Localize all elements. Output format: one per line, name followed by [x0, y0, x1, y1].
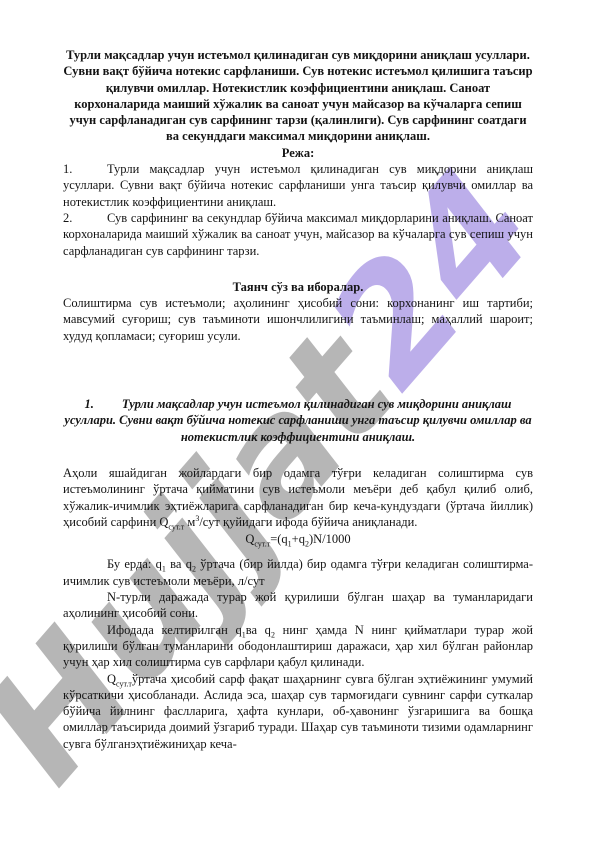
document-title: Турли мақсадлар учун истеъмол қилинадига…: [63, 47, 533, 145]
document-content: Турли мақсадлар учун истеъмол қилинадига…: [63, 47, 533, 752]
paragraph-values: Ифодада келтирилган q1ва q2 нинг ҳамда N…: [63, 622, 533, 671]
keywords-text: Солиштирма сув истеъмоли; аҳолининг ҳисо…: [63, 295, 533, 344]
section-1-number: 1.: [85, 397, 94, 411]
plan-item-2-text: Сув сарфининг ва секундлар бўйича максим…: [63, 211, 533, 258]
paragraph-average-consumption: Qсут.тўртача ҳисобий сарф фақат шаҳарнин…: [63, 671, 533, 752]
paragraph-where: Бу ерда: q1 ва q2 ўртача (бир йилда) бир…: [63, 556, 533, 589]
plan-item-1-text: Турли мақсадлар учун истеъмол қилинадига…: [63, 162, 533, 209]
plan-item-2-number: 2.: [63, 210, 107, 226]
plan-item-1-number: 1.: [63, 161, 107, 177]
formula: Qсут.т=(q1+q2)N/1000: [63, 531, 533, 547]
plan-heading: Режа:: [63, 145, 533, 161]
document-page: Hujjat24 Турли мақсадлар учун истеъмол қ…: [0, 0, 596, 842]
plan-item-2: 2.Сув сарфининг ва секундлар бўйича макс…: [63, 210, 533, 259]
plan-item-1: 1.Турли мақсадлар учун истеъмол қилинади…: [63, 161, 533, 210]
section-1-heading: 1.Турли мақсадлар учун истеъмол қилинади…: [63, 396, 533, 445]
paragraph-intro: Аҳоли яшайдиган жойлардаги бир одамга тў…: [63, 465, 533, 530]
paragraph-n-definition: N-турли даражада турар жой қурилиши бўлг…: [63, 589, 533, 622]
section-1-heading-text: Турли мақсадлар учун истеъмол қилинадига…: [64, 397, 531, 444]
keywords-heading: Таянч сўз ва иборалар.: [63, 279, 533, 295]
